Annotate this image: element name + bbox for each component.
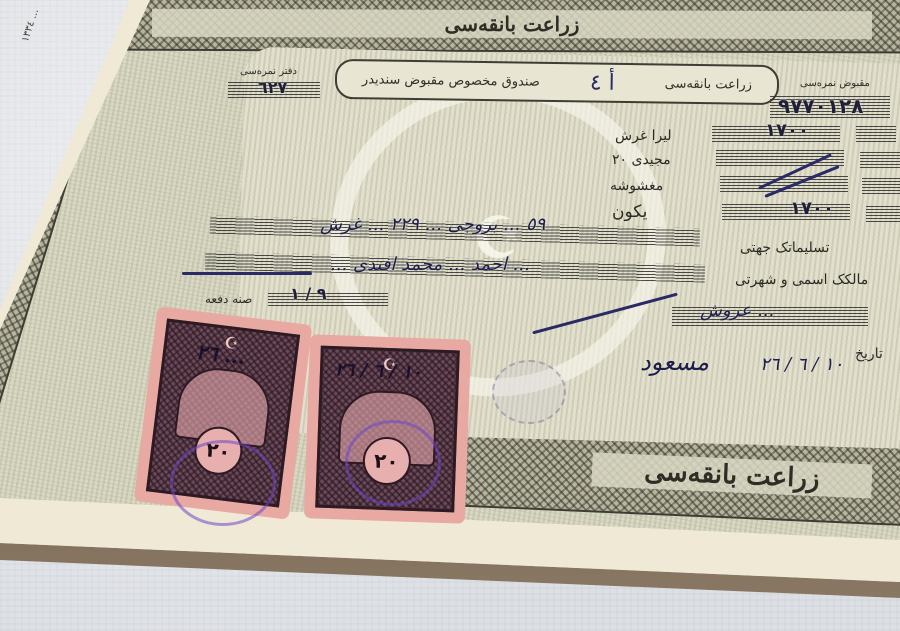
- amount-box-magsus-kurus: [862, 178, 900, 194]
- stamp-1-overprint: ٢٦ ...: [195, 339, 247, 369]
- amount-box-lira-kurus: [856, 126, 896, 142]
- field-label-date: تاریخ: [855, 346, 883, 362]
- signature: مسعود: [640, 348, 709, 376]
- ledger-number-label: دفتر نمره‌سی: [240, 66, 297, 77]
- header-cartouche: صندوق مخصوص مقبوض سندیدر أ ٤ زراعت بانقه…: [335, 59, 780, 105]
- border-inscription-bottom: زراعت بانقه‌سی: [591, 452, 872, 498]
- amount-box-total-kurus: [866, 206, 900, 222]
- cancellation-mark-2: [345, 420, 441, 506]
- border-inscription-top: زراعت بانقه‌سی: [152, 9, 872, 40]
- ledger-number: ٦٢٧: [258, 78, 287, 97]
- ink-underline: [182, 272, 312, 275]
- cartouche-left-text: صندوق مخصوص مقبوض سندیدر: [362, 72, 540, 89]
- receipt-number: ٩٧٧٠١٢٨: [778, 94, 863, 118]
- amount-value-lira: ١٧٠٠: [765, 120, 809, 141]
- cartouche-serial: أ ٤: [590, 70, 615, 95]
- handwritten-name: عروش ...: [700, 300, 774, 321]
- amount-label-total: یکون: [612, 202, 647, 222]
- amount-box-mecidi-kurus: [860, 152, 900, 168]
- border-band-top: زراعت بانقه‌سی: [110, 0, 900, 53]
- faint-seal: [492, 360, 566, 424]
- section-number: ٩ / ١: [290, 284, 327, 303]
- field-label-section: صنه دفعه: [205, 292, 252, 306]
- handwritten-line-1: ٥٩ ... بروجی ... ٢٢٩ ... غرش: [320, 214, 545, 235]
- cancellation-mark-1: [170, 440, 276, 526]
- handwritten-date: ١٠ / ٦ / ٢٦: [760, 354, 843, 375]
- amount-label-lira: لیرا غرش: [615, 128, 672, 144]
- amount-value-total: ١٧٠٠: [790, 198, 834, 219]
- stamp-2-overprint: ١٠ / ٦ / ٢٦: [335, 359, 422, 383]
- cartouche-right-text: زراعت بانقه‌سی: [665, 76, 752, 92]
- receipt-number-label: مقبوض نمره‌سی: [800, 78, 870, 89]
- section-box: [268, 292, 388, 306]
- handwritten-line-2: ... احمد ... محمد افندی ...: [330, 254, 530, 275]
- field-label-payer: تسلیماتک جهتی: [740, 240, 829, 256]
- field-label-name: مالکک اسمی و شهرتی: [735, 272, 868, 288]
- amount-label-mecidi: مجیدی ٢٠: [612, 152, 671, 168]
- amount-label-magsus: مغشوشه: [610, 178, 663, 194]
